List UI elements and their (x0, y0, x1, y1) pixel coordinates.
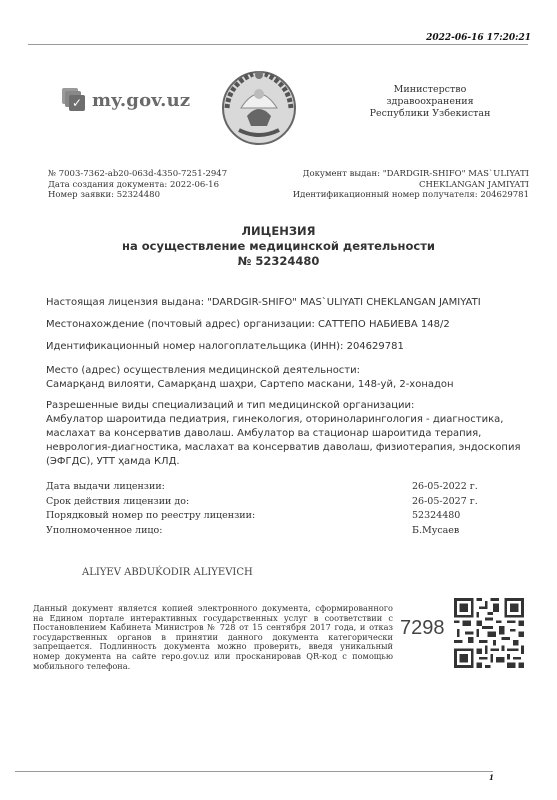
qr-code-icon[interactable] (454, 598, 524, 668)
signer-name: ALIYEV ABDUḰODIR ALIYEVICH (82, 567, 253, 578)
ministry-line-3: Республики Узбекистан (355, 108, 505, 120)
registry-value: 52324480 (412, 510, 516, 525)
ministry-line-1: Министерство (355, 84, 505, 96)
registry-label: Дата выдачи лицензии: (46, 481, 165, 496)
specializations-value: Амбулатор шароитида педиатрия, гинеколог… (46, 413, 521, 469)
registry-row: Уполномоченное лицо: Б.Мусаев (46, 525, 516, 540)
checkbox-stack-icon: ✓ (62, 88, 86, 112)
title-line-1: ЛИЦЕНЗИЯ (0, 224, 557, 239)
verification-code: 7298 (400, 617, 445, 640)
bottom-rule (15, 771, 493, 772)
registry-label: Порядковый номер по реестру лицензии: (46, 510, 255, 525)
ministry-line-2: здравоохранения (355, 96, 505, 108)
registry-row: Порядковый номер по реестру лицензии: 52… (46, 510, 516, 525)
print-timestamp: 2022-06-16 17:20:21 (426, 33, 531, 43)
registry-table: Дата выдачи лицензии: 26-05-2022 г. Срок… (46, 481, 516, 539)
activity-place-value: Самарқанд вилояти, Самарқанд шаҳри, Сарт… (46, 378, 526, 392)
logo-text: my.gov.uz (92, 90, 190, 111)
document-meta-left: № 7003-7362-ab20-063d-4350-7251-2947 Дат… (48, 169, 227, 201)
mygov-logo: ✓ my.gov.uz (62, 88, 190, 112)
license-number: № 52324480 (0, 254, 557, 269)
registry-value: 26-05-2022 г. (412, 481, 516, 496)
license-title: ЛИЦЕНЗИЯ на осуществление медицинской де… (0, 224, 557, 269)
issued-to-line-1: Документ выдан: "DARDGIR-SHIFO" MAS`ULIY… (293, 169, 529, 180)
application-number: Номер заявки: 52324480 (48, 190, 227, 201)
title-line-2: на осуществление медицинской деятельност… (0, 239, 557, 254)
document-id: № 7003-7362-ab20-063d-4350-7251-2947 (48, 169, 227, 180)
recipient-id: Идентификационный номер получателя: 2046… (293, 190, 529, 201)
ministry-name: Министерство здравоохранения Республики … (355, 84, 505, 120)
registry-row: Срок действия лицензии до: 26-05-2027 г. (46, 496, 516, 511)
disclaimer-text: Данный документ является копией электрон… (33, 604, 393, 671)
uzbekistan-state-emblem-icon (217, 64, 301, 148)
page-number: 1 (489, 773, 494, 782)
registry-label: Уполномоченное лицо: (46, 525, 162, 540)
specializations-label: Разрешенные виды специализаций и тип мед… (46, 399, 526, 413)
registry-label: Срок действия лицензии до: (46, 496, 189, 511)
document-meta-right: Документ выдан: "DARDGIR-SHIFO" MAS`ULIY… (293, 169, 529, 201)
activity-place-label: Место (адрес) осуществления медицинской … (46, 364, 526, 378)
issued-to-field: Настоящая лицензия выдана: "DARDGIR-SHIF… (46, 296, 526, 310)
address-field: Местонахождение (почтовый адрес) организ… (46, 318, 526, 332)
inn-field: Идентификационный номер налогоплательщик… (46, 340, 526, 354)
registry-value: Б.Мусаев (412, 525, 516, 540)
top-rule (28, 44, 528, 45)
creation-date: Дата создания документа: 2022-06-16 (48, 180, 227, 191)
registry-row: Дата выдачи лицензии: 26-05-2022 г. (46, 481, 516, 496)
registry-value: 26-05-2027 г. (412, 496, 516, 511)
issued-to-line-2: CHEKLANGAN JAMIYATI (293, 180, 529, 191)
